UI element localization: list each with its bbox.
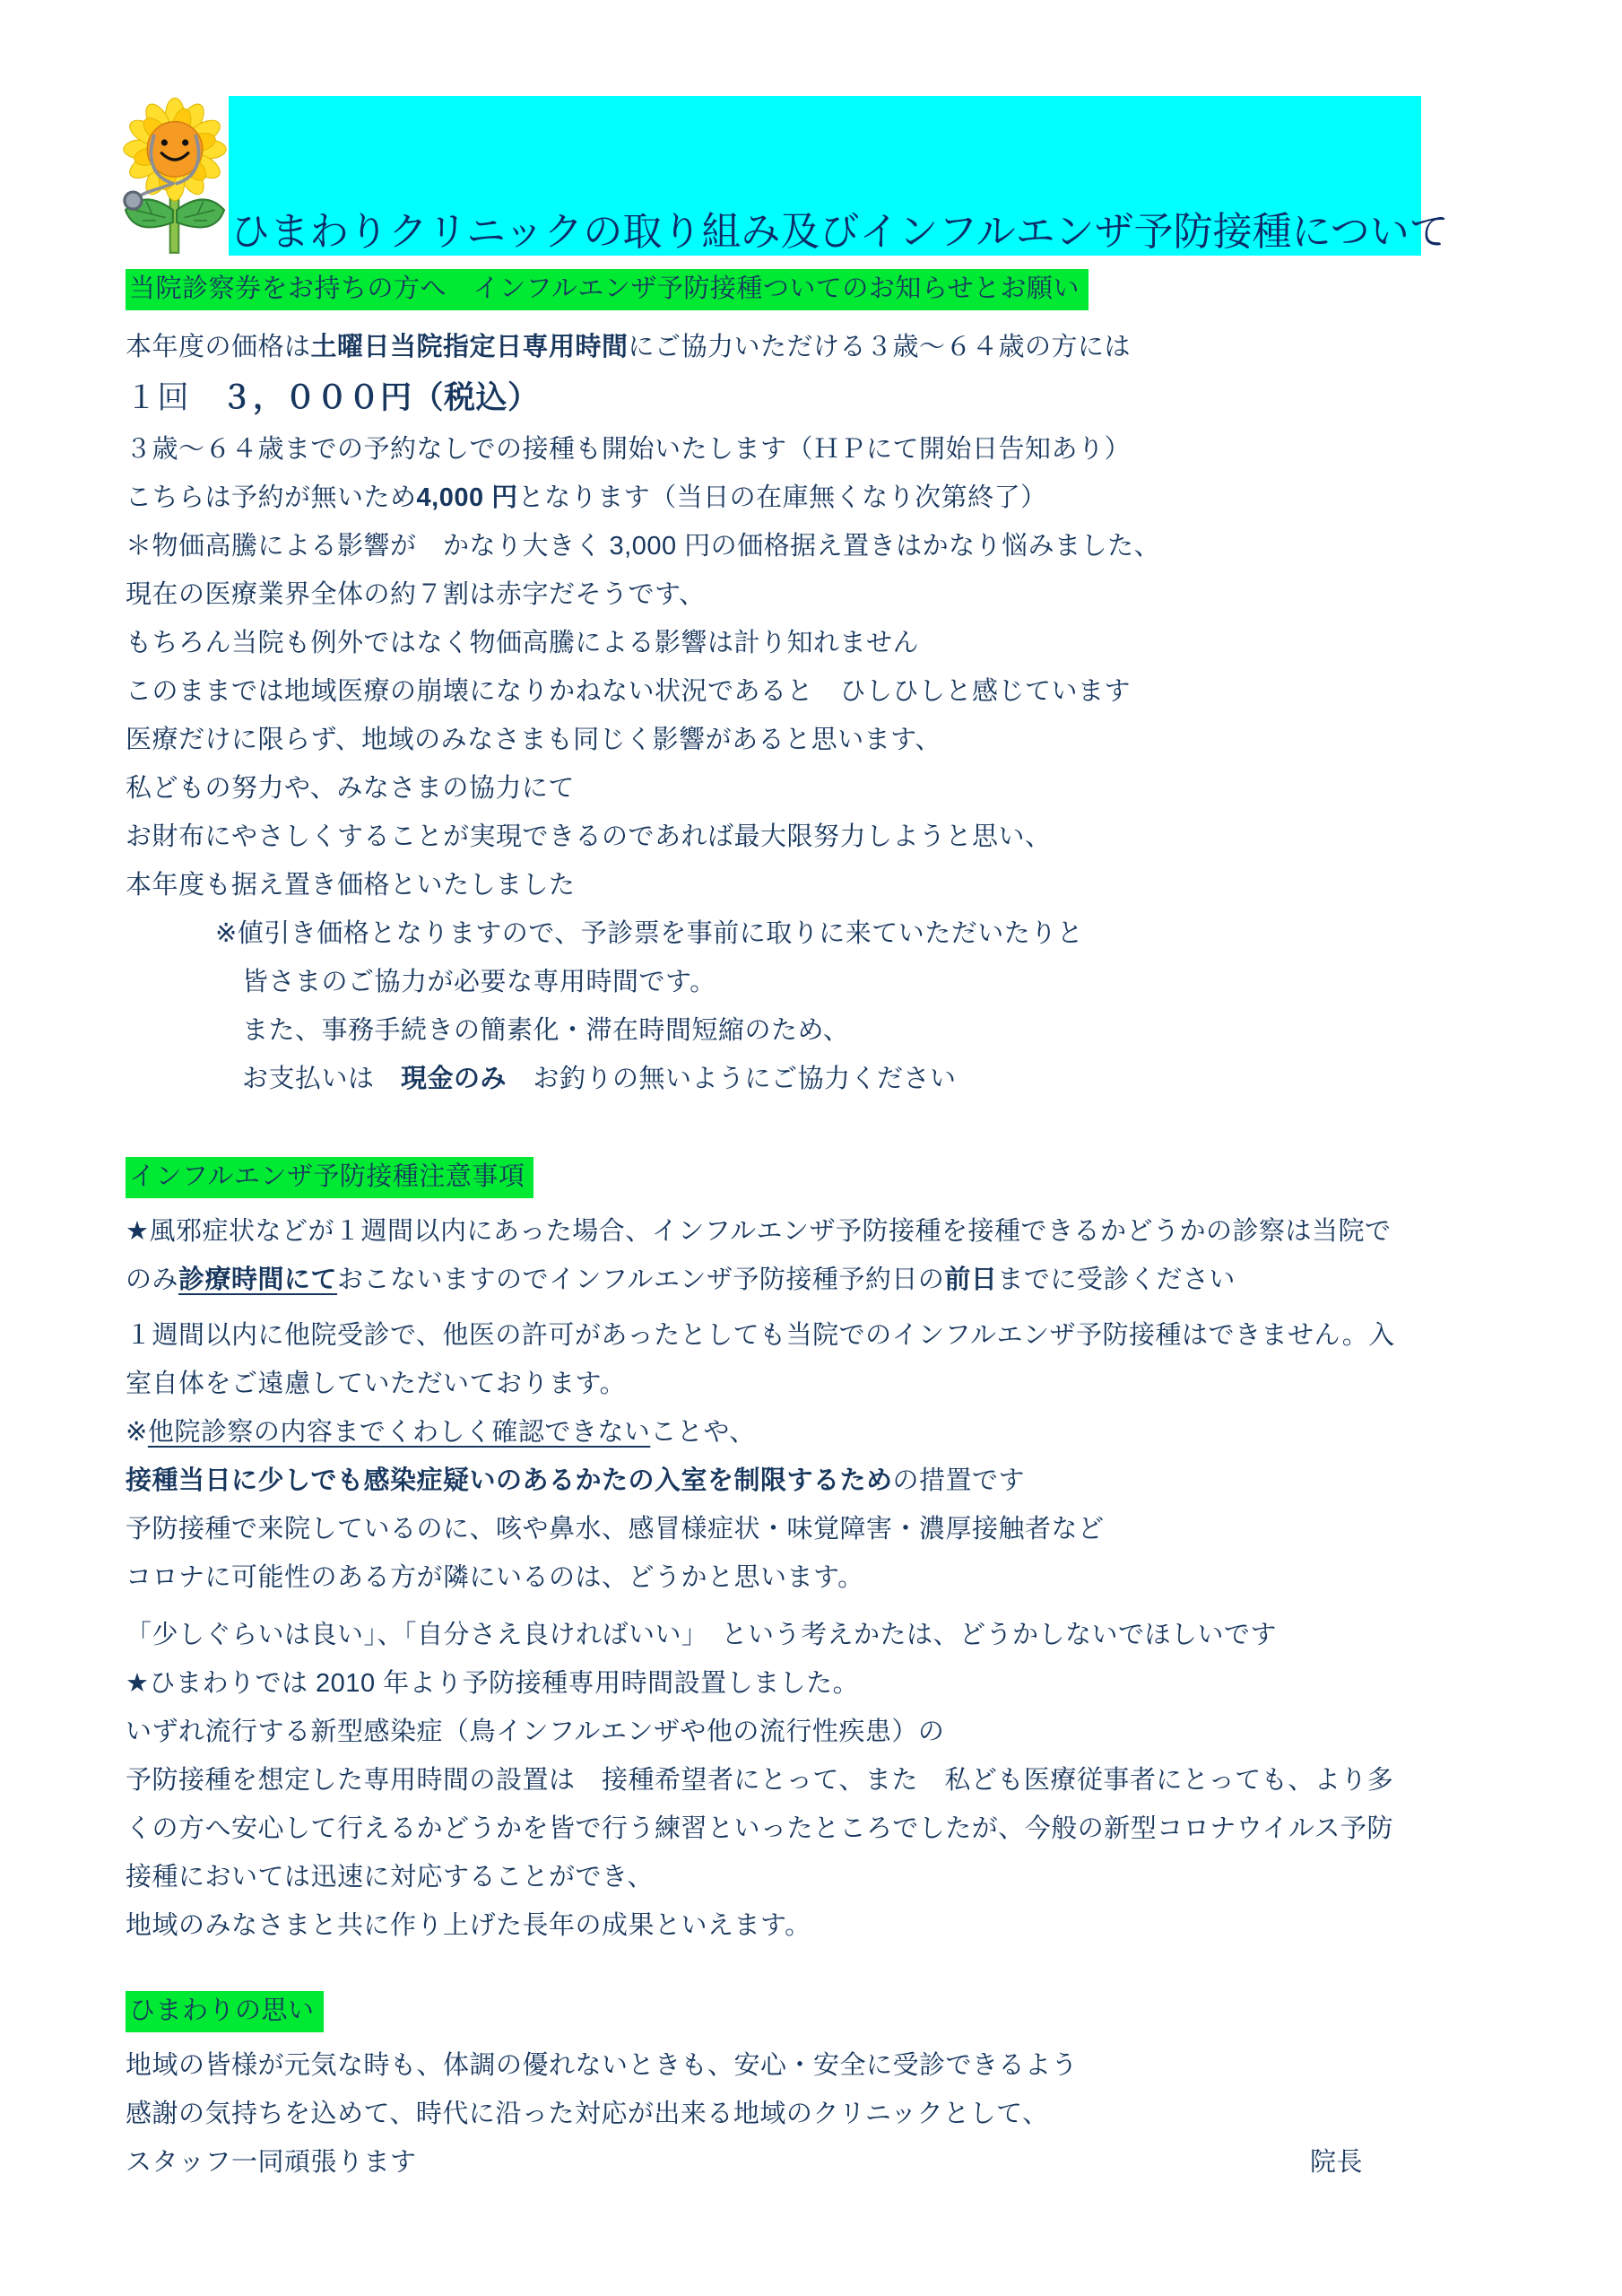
text-line: お支払いは 現金のみ お釣りの無いようにご協力ください: [242, 1055, 1542, 1103]
text-segment: ３歳～６４歳までの予約なしでの接種も開始いたします（ＨＰにて開始日告知あり）: [126, 425, 1131, 474]
text-line: 医療だけに限らず、地域のみなさまも同じく影響があると思います、: [126, 716, 1542, 764]
text-line: ※他院診察の内容までくわしく確認できないことや、: [126, 1408, 1542, 1457]
text-segment: 医療だけに限らず、地域のみなさまも同じく影響があると思います、: [126, 716, 941, 764]
text-segment: 接種においては迅速に対応することができ、: [126, 1853, 654, 1901]
text-line: ※値引き価格となりますので、予診票を事前に取りに来ていただいたりと: [215, 909, 1542, 958]
text-segment: お支払いは: [242, 1055, 401, 1103]
text-line: また、事務手続きの簡素化・滞在時間短縮のため、: [242, 1006, 1542, 1055]
text-line: いずれ流行する新型感染症（鳥インフルエンザや他の流行性疾患）の: [126, 1708, 1542, 1756]
text-segment: いずれ流行する新型感染症（鳥インフルエンザや他の流行性疾患）の: [126, 1708, 944, 1756]
text-segment: 接種当日に少しでも感染症疑いのあるかたの入室を制限するため: [126, 1457, 893, 1505]
text-line: 予防接種を想定した専用時間の設置は 接種希望者にとって、また 私ども医療従事者に…: [126, 1756, 1542, 1805]
text-segment: の措置です: [893, 1457, 1026, 1505]
text-line: このままでは地域医療の崩壊になりかねない状況であると ひしひしと感じています: [126, 667, 1542, 716]
text-segment: １週間以内に他院受診で、他医の許可があったとしても当院でのインフルエンザ予防接種…: [126, 1311, 1395, 1360]
text-line: 本年度も据え置き価格といたしました: [126, 861, 1542, 909]
text-line: お財布にやさしくすることが実現できるのであれば最大限努力しようと思い、: [126, 813, 1542, 861]
text-segment: 感謝の気持ちを込めて、時代に沿った対応が出来る地域のクリニックとして、: [126, 2090, 1049, 2138]
text-segment: となります（当日の在庫無くなり次第終了）: [518, 474, 1047, 522]
text-line: 感謝の気持ちを込めて、時代に沿った対応が出来る地域のクリニックとして、: [126, 2090, 1542, 2138]
text-line: 本年度の価格は土曜日当院指定日専用時間にご協力いただける３歳～６４歳の方には: [126, 323, 1542, 371]
text-segment: また、事務手続きの簡素化・滞在時間短縮のため、: [242, 1006, 849, 1055]
text-segment: 他院診察の内容までくわしく確認できない: [148, 1408, 651, 1457]
text-segment: ★風邪症状などが１週間以内にあった場合、インフルエンザ予防接種を接種できるかどう…: [126, 1207, 1392, 1256]
text-segment: までに受診ください: [997, 1256, 1236, 1304]
title-banner: ひまわりクリニックの取り組み及びインフルエンザ予防接種について: [229, 96, 1421, 256]
text-segment: 本年度の価格は: [126, 323, 311, 371]
text-segment: おこないますのでインフルエンザ予防接種予約日の: [337, 1256, 944, 1304]
text-segment: ※値引き価格となりますので、予診票を事前に取りに来ていただいたりと: [215, 909, 1083, 958]
text-line: くの方へ安心して行えるかどうかを皆で行う練習といったところでしたが、今般の新型コ…: [126, 1805, 1542, 1853]
text-segment: 室自体をご遠慮していただいております。: [126, 1360, 626, 1408]
page-title: ひまわりクリニックの取り組み及びインフルエンザ予防接種について: [229, 211, 1449, 256]
text-line: 接種においては迅速に対応することができ、: [126, 1853, 1542, 1901]
text-line: ＊物価高騰による影響が かなり大きく 3,000 円の価格据え置きはかなり悩みま…: [126, 522, 1542, 570]
text-segment: 前日: [944, 1256, 997, 1304]
text-segment: このままでは地域医療の崩壊になりかねない状況であると ひしひしと感じています: [126, 667, 1131, 716]
text-line: 地域の皆様が元気な時も、体調の優れないときも、安心・安全に受診できるよう: [126, 2041, 1542, 2090]
text-segment: くの方へ安心して行えるかどうかを皆で行う練習といったところでしたが、今般の新型コ…: [126, 1805, 1393, 1853]
text-segment: 現金のみ: [401, 1055, 507, 1103]
text-segment: 現在の医療業界全体の約７割は赤字だそうです、: [126, 570, 706, 619]
text-line: 皆さまのご協力が必要な専用時間です。: [242, 958, 1542, 1006]
text-line: ★ひまわりでは 2010 年より予防接種専用時間設置しました。: [126, 1659, 1542, 1708]
text-segment: コロナに可能性のある方が隣にいるのは、どうかと思います。: [126, 1553, 864, 1602]
text-segment: 地域のみなさまと共に作り上げた長年の成果といえます。: [126, 1901, 811, 1950]
text-segment: のみ: [126, 1256, 178, 1304]
text-segment: こちらは予約が無いため: [126, 474, 417, 522]
text-line: 私どもの努力や、みなさまの協力にて: [126, 764, 1542, 813]
text-segment: ＊物価高騰による影響が かなり大きく 3,000 円の価格据え置きはかなり悩みま…: [126, 522, 1160, 570]
text-line: スタッフ一同頑張ります院長: [126, 2138, 1542, 2187]
section-heading-line: 当院診察券をお持ちの方へ インフルエンザ予防接種ついてのお知らせとお願い: [126, 269, 1542, 310]
section-heading-line: インフルエンザ予防接種注意事項: [126, 1157, 1542, 1198]
text-segment: お釣りの無いようにご協力ください: [507, 1055, 957, 1103]
text-segment: ※: [126, 1408, 148, 1457]
text-segment: 予防接種を想定した専用時間の設置は 接種希望者にとって、また 私ども医療従事者に…: [126, 1756, 1393, 1805]
text-segment: 予防接種で来院しているのに、咳や鼻水、感冒様症状・味覚障害・濃厚接触者など: [126, 1505, 1105, 1553]
text-segment: スタッフ一同頑張ります: [126, 2138, 417, 2187]
text-line: こちらは予約が無いため4,000 円となります（当日の在庫無くなり次第終了）: [126, 474, 1542, 522]
sunflower-logo-icon: [117, 94, 233, 256]
text-segment: にご協力いただける３歳～６４歳の方には: [629, 323, 1132, 371]
text-segment: 本年度も据え置き価格といたしました: [126, 861, 576, 909]
document-body: 当院診察券をお持ちの方へ インフルエンザ予防接種ついてのお知らせとお願い本年度の…: [126, 269, 1542, 2187]
text-segment: ★ひまわりでは 2010 年より予防接種専用時間設置しました。: [126, 1659, 859, 1708]
signature-director: 院長: [1310, 2138, 1363, 2187]
text-segment: ことや、: [650, 1408, 755, 1457]
section-heading-line: ひまわりの思い: [126, 1991, 1542, 2032]
text-segment: １回: [126, 371, 221, 425]
text-line: 予防接種で来院しているのに、咳や鼻水、感冒様症状・味覚障害・濃厚接触者など: [126, 1505, 1542, 1553]
text-segment: 私どもの努力や、みなさまの協力にて: [126, 764, 575, 813]
text-line: 現在の医療業界全体の約７割は赤字だそうです、: [126, 570, 1542, 619]
text-line: もちろん当院も例外ではなく物価高騰による影響は計り知れません: [126, 619, 1542, 667]
section-heading: インフルエンザ予防接種注意事項: [126, 1157, 533, 1198]
section-heading: ひまわりの思い: [126, 1991, 324, 2032]
text-line: コロナに可能性のある方が隣にいるのは、どうかと思います。: [126, 1553, 1542, 1602]
text-line: のみ診療時間にておこないますのでインフルエンザ予防接種予約日の前日までに受診くだ…: [126, 1256, 1542, 1304]
section-heading: 当院診察券をお持ちの方へ インフルエンザ予防接種ついてのお知らせとお願い: [126, 269, 1089, 310]
text-line: ３歳～６４歳までの予約なしでの接種も開始いたします（ＨＰにて開始日告知あり）: [126, 425, 1542, 474]
text-line: 「少しぐらいは良い」、「自分さえ良ければいい」 という考えかたは、どうかしないで…: [126, 1611, 1542, 1659]
text-segment: 皆さまのご協力が必要な専用時間です。: [242, 958, 716, 1006]
text-segment: もちろん当院も例外ではなく物価高騰による影響は計り知れません: [126, 619, 919, 667]
text-segment: 4,000 円: [417, 474, 518, 522]
text-line: 室自体をご遠慮していただいております。: [126, 1360, 1542, 1408]
text-segment: 診療時間にて: [178, 1256, 337, 1304]
text-segment: ３，０００円（税込）: [221, 371, 540, 425]
text-line: １回 ３，０００円（税込）: [126, 371, 1542, 425]
text-segment: お財布にやさしくすることが実現できるのであれば最大限努力しようと思い、: [126, 813, 1052, 861]
text-line: 接種当日に少しでも感染症疑いのあるかたの入室を制限するための措置です: [126, 1457, 1542, 1505]
text-line: 地域のみなさまと共に作り上げた長年の成果といえます。: [126, 1901, 1542, 1950]
text-segment: 「少しぐらいは良い」、「自分さえ良ければいい」 という考えかたは、どうかしないで…: [126, 1611, 1277, 1659]
text-segment: 土曜日当院指定日専用時間: [311, 323, 629, 371]
text-line: ★風邪症状などが１週間以内にあった場合、インフルエンザ予防接種を接種できるかどう…: [126, 1207, 1542, 1256]
text-line: １週間以内に他院受診で、他医の許可があったとしても当院でのインフルエンザ予防接種…: [126, 1311, 1542, 1360]
text-segment: 地域の皆様が元気な時も、体調の優れないときも、安心・安全に受診できるよう: [126, 2041, 1078, 2090]
page-header: ひまわりクリニックの取り組み及びインフルエンザ予防接種について: [0, 0, 1622, 269]
